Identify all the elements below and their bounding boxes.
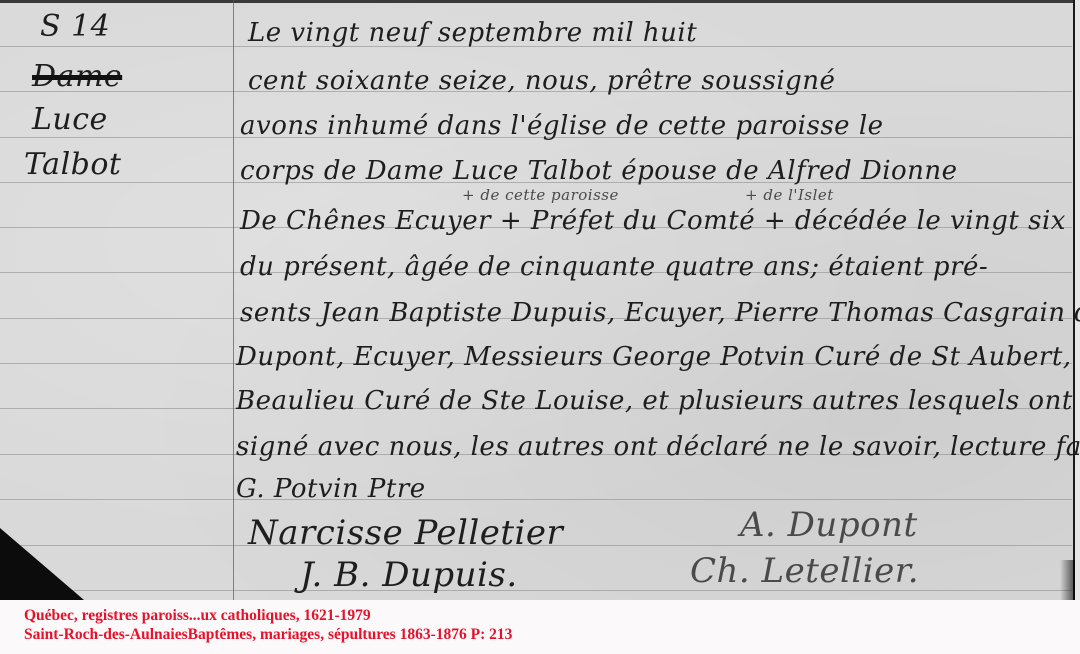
caption-volume-title: Saint-Roch-des-AulnaiesBaptêmes, mariage… <box>24 625 512 644</box>
body-line: De Chênes Ecuyer + Préfet du Comté + déc… <box>240 208 1066 234</box>
body-line: Dupont, Ecuyer, Messieurs George Potvin … <box>236 344 1080 370</box>
body-line: corps de Dame Luce Talbot épouse de Alfr… <box>240 158 958 184</box>
body-line: cent soixante seize, nous, prêtre soussi… <box>248 68 835 94</box>
signature-right-2: Ch. Letellier. <box>690 554 919 588</box>
page-top-edge <box>0 0 1080 3</box>
interlinear-note: + de l'Islet <box>745 188 834 203</box>
ruling-line <box>0 499 1072 500</box>
margin-given-name: Luce <box>32 105 108 135</box>
margin-line <box>233 0 234 600</box>
signature-right-1: A. Dupont <box>740 508 918 542</box>
body-line: signé avec nous, les autres ont déclaré … <box>236 434 1080 460</box>
margin-surname: Talbot <box>24 150 121 180</box>
signature-left-2: J. B. Dupuis. <box>300 558 518 592</box>
caption-collection-title: Québec, registres paroiss...ux catholiqu… <box>24 606 512 625</box>
body-line: avons inhumé dans l'église de cette paro… <box>240 113 884 139</box>
corner-shadow <box>0 528 84 600</box>
body-line: sents Jean Baptiste Dupuis, Ecuyer, Pier… <box>240 300 1080 326</box>
body-line: Beaulieu Curé de Ste Louise, et plusieur… <box>236 388 1073 414</box>
record-number: S 14 <box>40 12 110 42</box>
register-page-scan: S 14 Dame Luce Talbot Le vingt neuf sept… <box>0 0 1080 600</box>
signature-left-1: Narcisse Pelletier <box>248 516 563 550</box>
image-caption: Québec, registres paroiss...ux catholiqu… <box>24 606 512 644</box>
document-viewer: S 14 Dame Luce Talbot Le vingt neuf sept… <box>0 0 1080 654</box>
body-line: du présent, âgée de cinquante quatre ans… <box>240 254 988 280</box>
page-curl-shadow <box>1060 560 1075 600</box>
interlinear-note: + de cette paroisse <box>462 188 619 203</box>
body-line: Le vingt neuf septembre mil huit <box>248 20 697 46</box>
struck-title: Dame <box>32 62 122 92</box>
officiant-signature: G. Potvin Ptre <box>236 476 426 502</box>
